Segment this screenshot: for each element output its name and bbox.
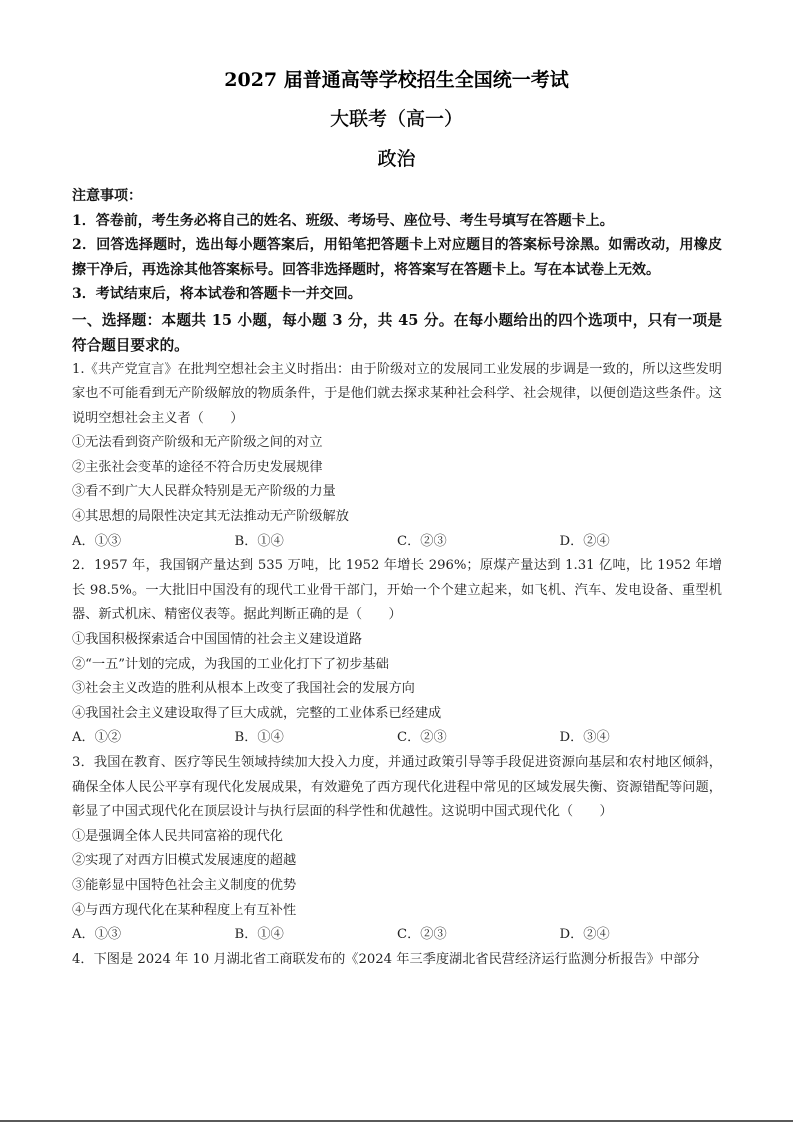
question-4: 4．下图是 2024 年 10 月湖北省工商联发布的《2024 年三季度湖北省民…: [72, 948, 722, 973]
option-c: C．②③: [397, 923, 560, 948]
option-b: B．①④: [235, 923, 398, 948]
statement: ④我国社会主义建设取得了巨大成就，完整的工业体系已经建成: [72, 702, 722, 727]
notice-heading: 注意事项：: [72, 184, 722, 209]
question-3: 3．我国在教育、医疗等民生领域持续加大投入力度，并通过政策引导等手段促进资源向基…: [72, 751, 722, 948]
notice-item-2: 2．回答选择题时，选出每小题答案后，用铅笔把答题卡上对应题目的答案标号涂黑。如需…: [72, 233, 722, 282]
option-b: B．①④: [235, 530, 398, 555]
answer-options: A．①③ B．①④ C．②③ D．②④: [72, 923, 722, 948]
statement: ④其思想的局限性决定其无法推动无产阶级解放: [72, 505, 722, 530]
notice-item-3: 3．考试结束后，将本试卷和答题卡一并交回。: [72, 282, 722, 307]
section-heading: 一、选择题：本题共 15 小题，每小题 3 分，共 45 分。在每小题给出的四个…: [72, 308, 722, 358]
statement: ①无法看到资产阶级和无产阶级之间的对立: [72, 431, 722, 456]
statement: ③能彰显中国特色社会主义制度的优势: [72, 874, 722, 899]
question-stem: 2．1957 年，我国钢产量达到 535 万吨，比 1952 年增长 296%；…: [72, 554, 722, 628]
statement: ①是强调全体人民共同富裕的现代化: [72, 825, 722, 850]
exam-page: 2027 届普通高等学校招生全国统一考试 大联考（高一） 政治 注意事项： 1．…: [0, 0, 793, 1122]
notice-item-1: 1．答卷前，考生务必将自己的姓名、班级、考场号、座位号、考生号填写在答题卡上。: [72, 209, 722, 234]
exam-subtitle: 大联考（高一）: [0, 104, 793, 131]
exam-subject: 政治: [0, 144, 793, 171]
option-c: C．②③: [397, 726, 560, 751]
option-a: A．①③: [72, 530, 235, 555]
statement: ①我国积极探索适合中国国情的社会主义建设道路: [72, 628, 722, 653]
option-a: A．①②: [72, 726, 235, 751]
question-1: 1.《共产党宣言》在批判空想社会主义时指出：由于阶级对立的发展同工业发展的步调是…: [72, 358, 722, 555]
question-stem: 3．我国在教育、医疗等民生领域持续加大投入力度，并通过政策引导等手段促进资源向基…: [72, 751, 722, 825]
option-d: D．②④: [560, 923, 723, 948]
statement: ②实现了对西方旧模式发展速度的超越: [72, 849, 722, 874]
statement: ②“一五”计划的完成，为我国的工业化打下了初步基础: [72, 653, 722, 678]
option-c: C．②③: [397, 530, 560, 555]
answer-options: A．①③ B．①④ C．②③ D．②④: [72, 530, 722, 555]
option-b: B．①④: [235, 726, 398, 751]
question-2: 2．1957 年，我国钢产量达到 535 万吨，比 1952 年增长 296%；…: [72, 554, 722, 751]
option-a: A．①③: [72, 923, 235, 948]
statement: ②主张社会变革的途径不符合历史发展规律: [72, 456, 722, 481]
statement: ③看不到广大人民群众特别是无产阶级的力量: [72, 480, 722, 505]
statement: ③社会主义改造的胜利从根本上改变了我国社会的发展方向: [72, 677, 722, 702]
option-d: D．②④: [560, 530, 723, 555]
option-d: D．③④: [560, 726, 723, 751]
question-stem: 1.《共产党宣言》在批判空想社会主义时指出：由于阶级对立的发展同工业发展的步调是…: [72, 358, 722, 432]
exam-title: 2027 届普通高等学校招生全国统一考试: [0, 65, 793, 92]
answer-options: A．①② B．①④ C．②③ D．③④: [72, 726, 722, 751]
exam-content: 注意事项： 1．答卷前，考生务必将自己的姓名、班级、考场号、座位号、考生号填写在…: [72, 184, 722, 972]
question-stem: 4．下图是 2024 年 10 月湖北省工商联发布的《2024 年三季度湖北省民…: [72, 948, 722, 973]
statement: ④与西方现代化在某种程度上有互补性: [72, 899, 722, 924]
